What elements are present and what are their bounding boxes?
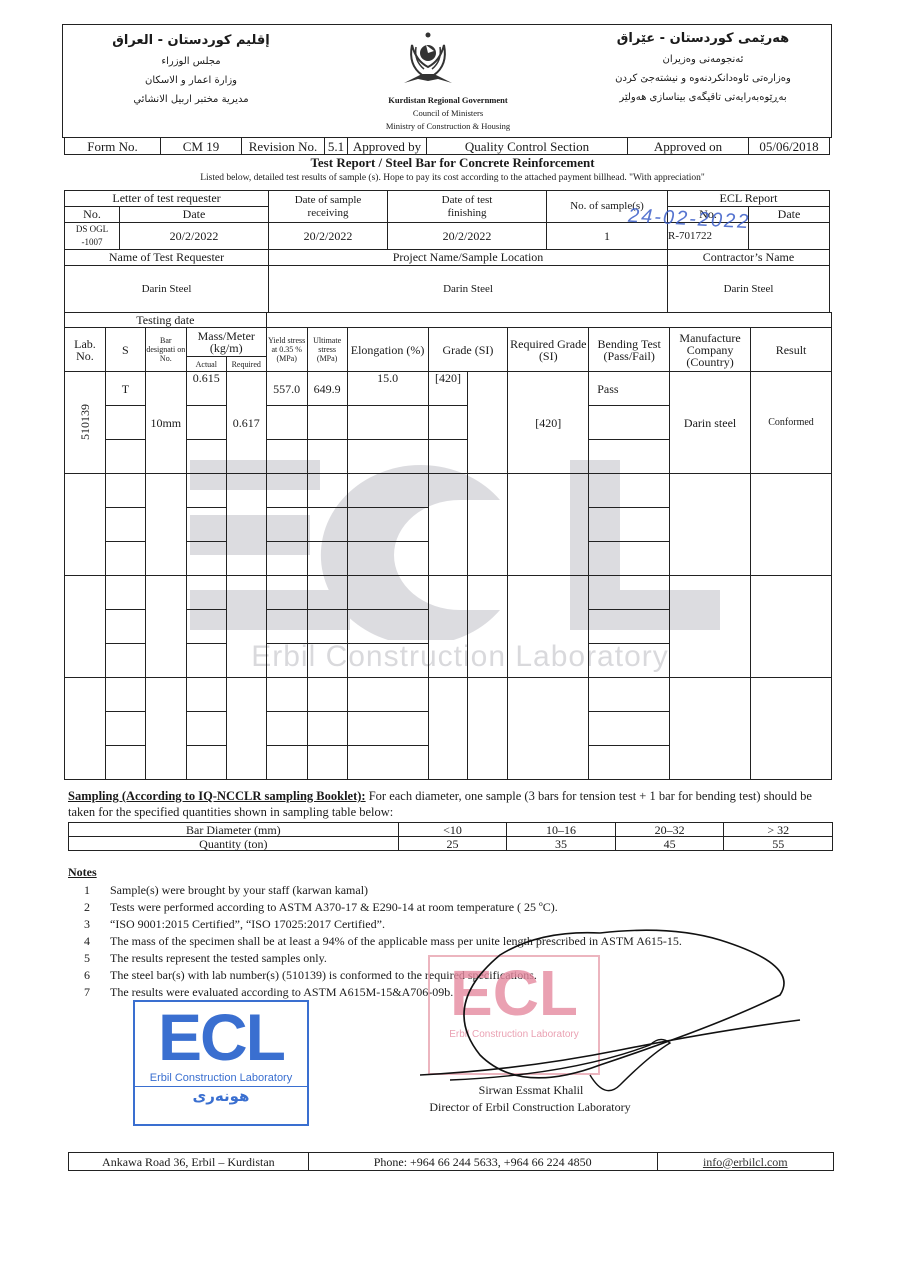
krg-title: Kurdistan Regional Government — [333, 95, 563, 105]
kurdish-line-1: ئەنجومەنی وەزیران — [583, 54, 823, 65]
table-row — [65, 678, 832, 712]
quantity-4: 55 — [724, 837, 833, 851]
signatory-title: Director of Erbil Construction Laborator… — [410, 1100, 650, 1115]
requester-label: Name of Test Requester — [65, 250, 269, 266]
kurdish-line-2: وەزارەتی ئاوەدانکردنەوە و نیشتەجێ کردن — [583, 73, 823, 84]
ministry-title: Ministry of Construction & Housing — [333, 121, 563, 131]
table-row — [65, 474, 832, 508]
footer-address: Ankawa Road 36, Erbil – Kurdistan — [69, 1153, 309, 1171]
ecl-stamp-logo: ECL — [135, 1002, 307, 1072]
sampling-table: Bar Diameter (mm) <10 10–16 20–32 > 32 Q… — [68, 822, 833, 851]
col-mass-meter: Mass/Meter (kg/m) — [186, 328, 266, 357]
revision-label: Revision No. — [242, 138, 325, 155]
elongation: 15.0 — [347, 372, 428, 406]
col-ultimate-stress: Ultimate stress (MPa) — [307, 328, 347, 372]
council-title: Council of Ministers — [333, 108, 563, 118]
col-manufacture: Manufacture Company (Country) — [670, 328, 751, 372]
arabic-line-3: مديرية مختبر اربيل الانشائي — [91, 94, 291, 105]
contractor-name: Darin Steel — [668, 266, 830, 313]
finishing-date: 20/2/2022 — [388, 223, 547, 250]
report-title: Test Report / Steel Bar for Concrete Rei… — [0, 155, 905, 171]
col-mass-actual: Actual — [186, 357, 226, 372]
letter-no: DS OGL -1007 — [65, 223, 120, 250]
ecl-blue-stamp: ECL Erbil Construction Laboratory هونەری — [133, 1000, 309, 1126]
required-grade: [420] — [508, 372, 589, 474]
approved-by-value: Quality Control Section — [427, 138, 628, 155]
table-row — [65, 576, 832, 610]
letterhead: إقليم كوردستان - العراق مجلس الوزراء وزا… — [62, 24, 832, 138]
ecl-report-header: ECL Report — [668, 191, 830, 207]
col-elongation: Elongation (%) — [347, 328, 428, 372]
kurdish-region-title: هەرێمی کوردستان - عێراق — [583, 31, 823, 46]
note-item: 1Sample(s) were brought by your staff (k… — [68, 882, 838, 899]
col-lab-no: Lab. No. — [65, 328, 106, 372]
form-no-label: Form No. — [65, 138, 161, 155]
kurdish-header: هەرێمی کوردستان - عێراق ئەنجومەنی وەزیرا… — [583, 31, 823, 103]
arabic-header: إقليم كوردستان - العراق مجلس الوزراء وزا… — [91, 33, 291, 105]
col-grade: Grade (SI) — [428, 328, 508, 372]
col-bending-test: Bending Test (Pass/Fail) — [589, 328, 670, 372]
revision-value: 5.1 — [325, 138, 348, 155]
director-signature-icon — [420, 925, 820, 1105]
approved-on-value: 05/06/2018 — [749, 138, 830, 155]
ecl-date-label: Date — [749, 207, 830, 223]
receiving-date: 20/2/2022 — [269, 223, 388, 250]
table-row: 510139 T 10mm 0.615 0.617 557.0 649.9 15… — [65, 372, 832, 406]
letter-date: 20/2/2022 — [120, 223, 269, 250]
approved-by-label: Approved by — [348, 138, 427, 155]
note-item: 2Tests were performed according to ASTM … — [68, 899, 838, 916]
krg-eagle-emblem-icon — [398, 31, 458, 87]
footer-phone: Phone: +964 66 244 5633, +964 66 224 485… — [308, 1153, 657, 1171]
ecl-date — [749, 223, 830, 250]
receiving-label: Date of samplereceiving — [269, 191, 388, 223]
arabic-line-2: وزارة اعمار و الاسكان — [91, 75, 291, 86]
form-info-row: Form No. CM 19 Revision No. 5.1 Approved… — [64, 137, 830, 155]
contractor-label: Contractor’s Name — [668, 250, 830, 266]
intro-text: Listed below, detailed test results of s… — [0, 173, 905, 183]
email-link[interactable]: info@erbilcl.com — [703, 1155, 788, 1169]
col-yield-stress: Yield stress at 0.35 % (MPa) — [266, 328, 307, 372]
col-required-grade: Required Grade (SI) — [508, 328, 589, 372]
quantity-2: 35 — [507, 837, 616, 851]
lab-no-cell: 510139 — [65, 372, 106, 474]
quantity-1: 25 — [398, 837, 507, 851]
notes-heading: Notes — [68, 865, 838, 880]
footer-contact: Ankawa Road 36, Erbil – Kurdistan Phone:… — [68, 1152, 834, 1171]
sampling-heading: Sampling (According to IQ-NCCLR sampling… — [68, 789, 366, 803]
results-table: Testing date Lab. No. S Bar designati on… — [64, 312, 832, 780]
testing-date-value — [266, 313, 831, 328]
diameter-label: Bar Diameter (mm) — [69, 823, 399, 837]
grade: [420] — [428, 372, 468, 406]
diameter-1: <10 — [398, 823, 507, 837]
col-s: S — [105, 328, 145, 372]
letter-no-label: No. — [65, 207, 120, 223]
diameter-3: 20–32 — [615, 823, 724, 837]
project-name: Darin Steel — [269, 266, 668, 313]
arabic-line-1: مجلس الوزراء — [91, 56, 291, 67]
ultimate-stress: 649.9 — [307, 372, 347, 406]
mass-actual: 0.615 — [186, 372, 226, 406]
letter-header: Letter of test requester — [65, 191, 269, 207]
diameter-4: > 32 — [724, 823, 833, 837]
col-mass-required: Required — [226, 357, 266, 372]
col-bar-designation: Bar designati on No. — [145, 328, 186, 372]
testing-date-label: Testing date — [65, 313, 267, 328]
project-label: Project Name/Sample Location — [269, 250, 668, 266]
diameter-2: 10–16 — [507, 823, 616, 837]
quantity-label: Quantity (ton) — [69, 837, 399, 851]
finishing-label: Date of testfinishing — [388, 191, 547, 223]
ecl-stamp-name: Erbil Construction Laboratory — [135, 1072, 307, 1087]
kurdish-line-3: بەڕێوەبەرایەتی تاقیگەی بیناسازی هەولێر — [583, 92, 823, 103]
requester-name: Darin Steel — [65, 266, 269, 313]
bending-test: Pass — [589, 372, 670, 406]
mass-required: 0.617 — [226, 372, 266, 474]
result: Conformed — [751, 372, 832, 474]
manufacture-company: Darin steel — [670, 372, 751, 474]
ecl-stamp-kurdish: هونەری — [135, 1087, 307, 1105]
s-value: T — [105, 372, 145, 406]
form-no-value: CM 19 — [161, 138, 242, 155]
letter-date-label: Date — [120, 207, 269, 223]
footer-email-cell: info@erbilcl.com — [657, 1153, 833, 1171]
lab-no: 510139 — [79, 404, 91, 440]
signatory-name: Sirwan Essmat Khalil — [420, 1083, 642, 1098]
quantity-3: 45 — [615, 837, 724, 851]
yield-stress: 557.0 — [266, 372, 307, 406]
col-result: Result — [751, 328, 832, 372]
bar-designation: 10mm — [145, 372, 186, 474]
arabic-region-title: إقليم كوردستان - العراق — [91, 33, 291, 48]
approved-on-label: Approved on — [628, 138, 749, 155]
sampling-paragraph: Sampling (According to IQ-NCCLR sampling… — [68, 788, 838, 820]
